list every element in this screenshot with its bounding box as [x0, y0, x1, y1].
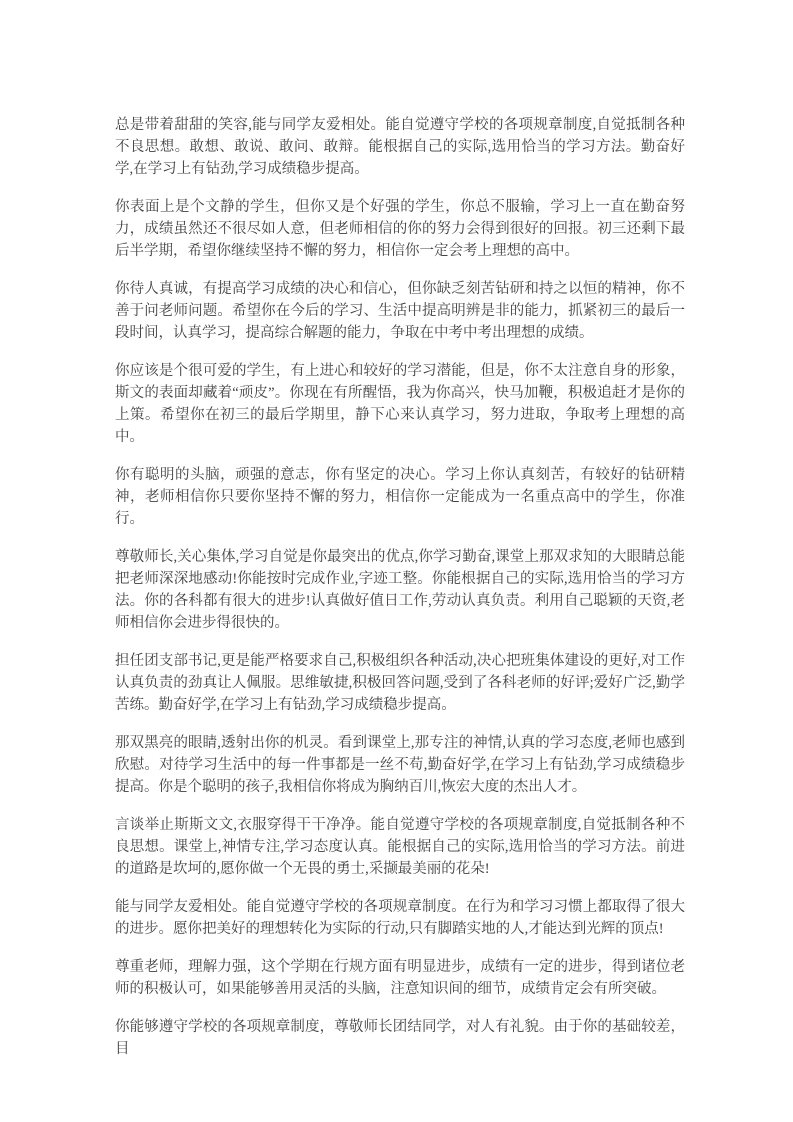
paragraph: 尊重老师，理解力强，这个学期在行规方面有明显进步，成绩有一定的进步，得到诸位老师… [115, 956, 685, 1000]
paragraph: 那双黑亮的眼睛,透射出你的机灵。看到课堂上,那专注的神情,认真的学习态度,老师也… [115, 732, 685, 798]
document-page: 总是带着甜甜的笑容,能与同学友爱相处。能自觉遵守学校的各项规章制度,自觉抵制各种… [0, 0, 793, 1122]
paragraph: 你有聪明的头脑，顽强的意志，你有坚定的决心。学习上你认真刻苦，有较好的钻研精神，… [115, 464, 685, 530]
paragraph: 你待人真诚，有提高学习成绩的决心和信心，但你缺乏刻苦钻研和持之以恒的精神，你不善… [115, 278, 685, 344]
paragraph: 尊敬师长,关心集体,学习自觉是你最突出的优点,你学习勤奋,课堂上那双求知的大眼睛… [115, 546, 685, 634]
paragraph: 你应该是个很可爱的学生，有上进心和较好的学习潜能，但是，你不太注意自身的形象，斯… [115, 360, 685, 448]
paragraph: 能与同学友爱相处。能自觉遵守学校的各项规章制度。在行为和学习习惯上都取得了很大的… [115, 896, 685, 940]
paragraph: 总是带着甜甜的笑容,能与同学友爱相处。能自觉遵守学校的各项规章制度,自觉抵制各种… [115, 114, 685, 180]
paragraph: 你能够遵守学校的各项规章制度，尊敬师长团结同学，对人有礼貌。由于你的基础较差，目 [115, 1016, 685, 1060]
paragraph: 担任团支部书记,更是能严格要求自己,积极组织各种活动,决心把班集体建设的更好,对… [115, 650, 685, 716]
paragraph: 言谈举止斯斯文文,衣服穿得干干净净。能自觉遵守学校的各项规章制度,自觉抵制各种不… [115, 814, 685, 880]
paragraph: 你表面上是个文静的学生，但你又是个好强的学生，你总不服输，学习上一直在勤奋努力，… [115, 196, 685, 262]
text-block: 总是带着甜甜的笑容,能与同学友爱相处。能自觉遵守学校的各项规章制度,自觉抵制各种… [115, 114, 685, 1060]
